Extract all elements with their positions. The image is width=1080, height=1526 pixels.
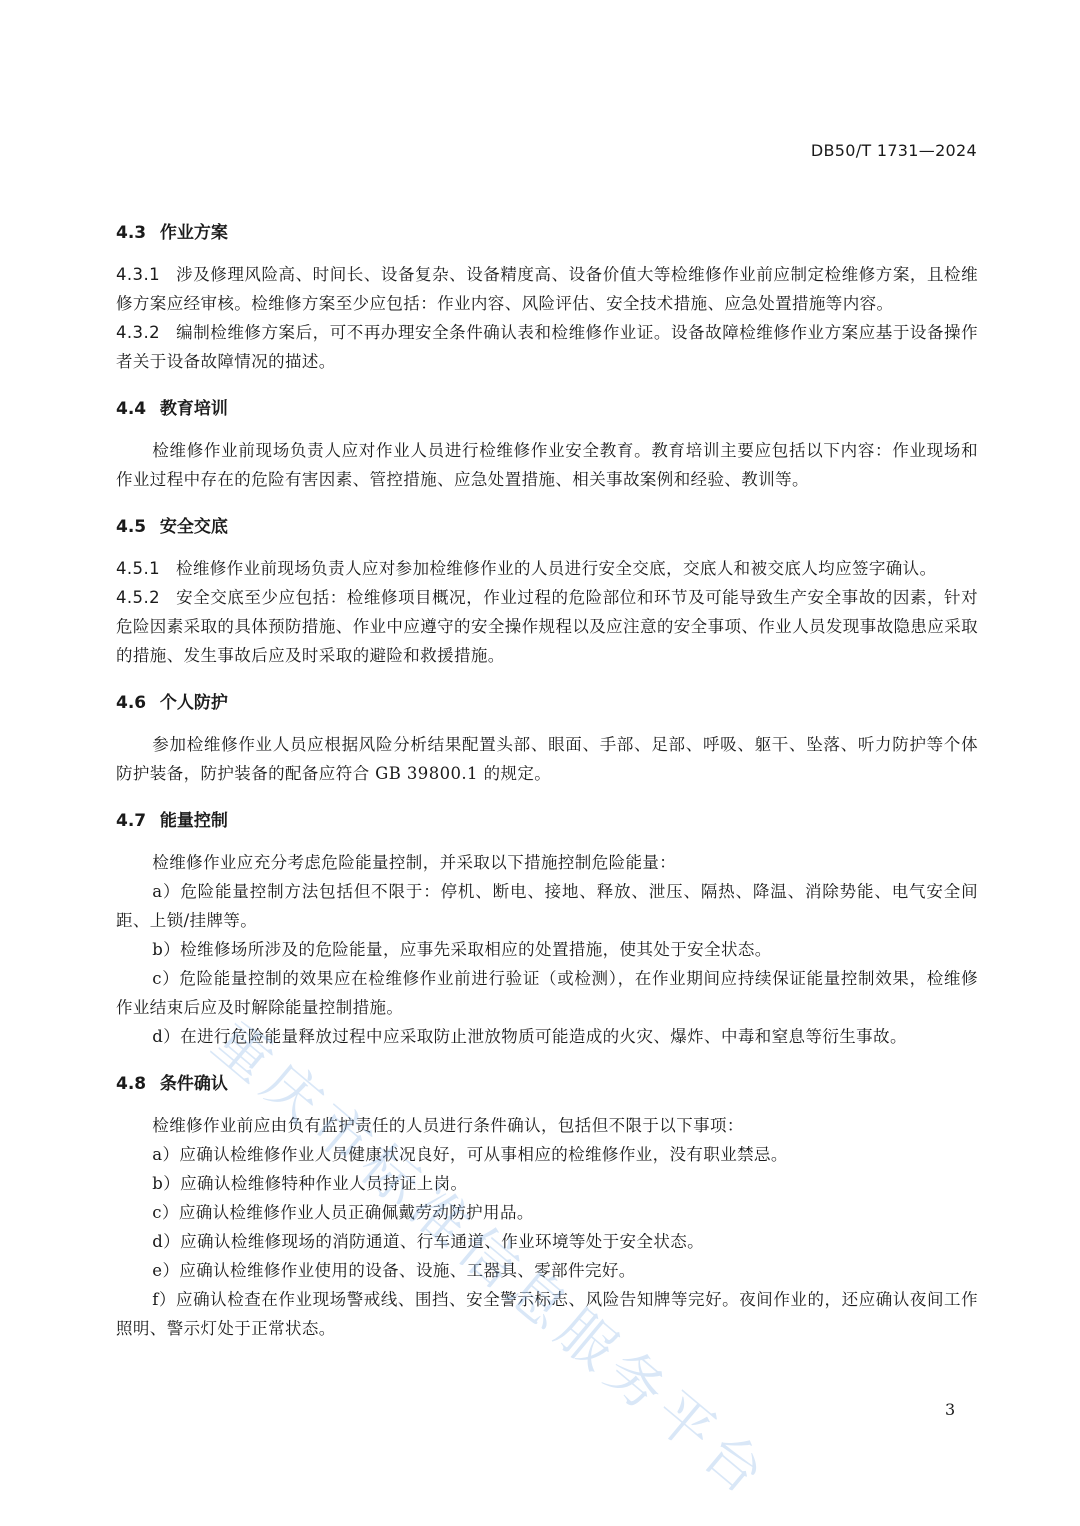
clause-4-5-2: 4.5.2安全交底至少应包括：检维修项目概况，作业过程的危险部位和环节及可能导致… — [116, 583, 978, 670]
section-heading-4-3: 4.3 作业方案 — [116, 220, 978, 246]
document-page: DB50/T 1731—2024 4.3 作业方案 4.3.1涉及修理风险高、时… — [0, 0, 1080, 1526]
list-item-4-7-a: a）危险能量控制方法包括但不限于：停机、断电、接地、释放、泄压、隔热、降温、消除… — [116, 877, 978, 935]
list-item-4-7-c: c）危险能量控制的效果应在检维修作业前进行验证（或检测），在作业期间应持续保证能… — [116, 964, 978, 1022]
list-item-4-8-b: b）应确认检维修特种作业人员持证上岗。 — [116, 1169, 978, 1198]
list-item-4-8-a: a）应确认检维修作业人员健康状况良好，可从事相应的检维修作业，没有职业禁忌。 — [116, 1140, 978, 1169]
paragraph-4-8-intro: 检维修作业前应由负有监护责任的人员进行条件确认，包括但不限于以下事项： — [116, 1111, 978, 1140]
document-code: DB50/T 1731—2024 — [811, 141, 977, 160]
paragraph-4-4: 检维修作业前现场负责人应对作业人员进行检维修作业安全教育。教育培训主要应包括以下… — [116, 436, 978, 494]
list-item-4-7-d: d）在进行危险能量释放过程中应采取防止泄放物质可能造成的火灾、爆炸、中毒和窒息等… — [116, 1022, 978, 1051]
clause-4-3-2: 4.3.2编制检维修方案后，可不再办理安全条件确认表和检维修作业证。设备故障检维… — [116, 318, 978, 376]
section-heading-4-8: 4.8 条件确认 — [116, 1071, 978, 1097]
section-heading-4-6: 4.6 个人防护 — [116, 690, 978, 716]
list-item-4-8-c: c）应确认检维修作业人员正确佩戴劳动防护用品。 — [116, 1198, 978, 1227]
paragraph-4-7-intro: 检维修作业应充分考虑危险能量控制，并采取以下措施控制危险能量： — [116, 848, 978, 877]
section-heading-4-4: 4.4 教育培训 — [116, 396, 978, 422]
section-heading-4-7: 4.7 能量控制 — [116, 808, 978, 834]
clause-4-3-1: 4.3.1涉及修理风险高、时间长、设备复杂、设备精度高、设备价值大等检维修作业前… — [116, 260, 978, 318]
document-body: 4.3 作业方案 4.3.1涉及修理风险高、时间长、设备复杂、设备精度高、设备价… — [116, 220, 978, 1343]
list-item-4-8-d: d）应确认检维修现场的消防通道、行车通道、作业环境等处于安全状态。 — [116, 1227, 978, 1256]
list-item-4-8-f: f）应确认检查在作业现场警戒线、围挡、安全警示标志、风险告知牌等完好。夜间作业的… — [116, 1285, 978, 1343]
clause-4-5-1: 4.5.1检维修作业前现场负责人应对参加检维修作业的人员进行安全交底，交底人和被… — [116, 554, 978, 583]
paragraph-4-6: 参加检维修作业人员应根据风险分析结果配置头部、眼面、手部、足部、呼吸、躯干、坠落… — [116, 730, 978, 788]
page-number: 3 — [945, 1400, 955, 1419]
list-item-4-8-e: e）应确认检维修作业使用的设备、设施、工器具、零部件完好。 — [116, 1256, 978, 1285]
list-item-4-7-b: b）检维修场所涉及的危险能量，应事先采取相应的处置措施，使其处于安全状态。 — [116, 935, 978, 964]
section-heading-4-5: 4.5 安全交底 — [116, 514, 978, 540]
